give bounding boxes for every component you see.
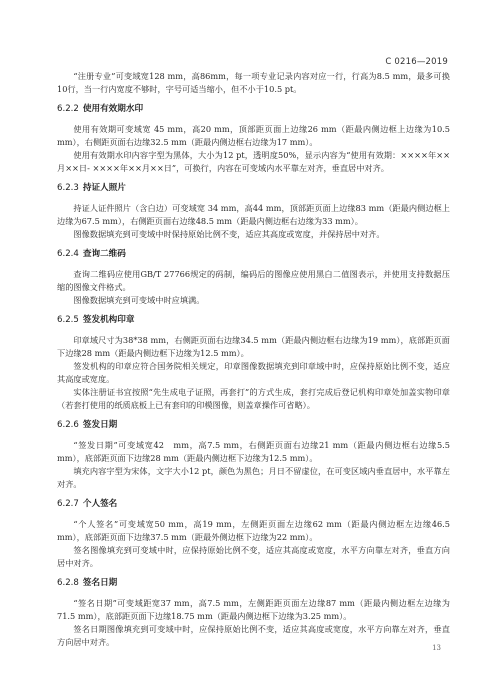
paragraph: 持证人证件照片（含白边）可变域宽 34 mm，高44 mm，顶部距页面上边缘83…	[57, 202, 450, 228]
section-number: 6.2.2	[57, 104, 79, 114]
section-title: 使用有效期水印	[83, 104, 143, 114]
paragraph: 签名图像填充到可变域中时，应保持原始比例不变，适应其高度或宽度，水平方向靠左对齐…	[57, 544, 450, 570]
section-title: 签发机构印章	[83, 315, 135, 325]
section-intro: “注册专业”可变域宽128 mm，高86mm，每一项专业记录内容对应一行，行高为…	[57, 70, 450, 96]
section-number: 6.2.7	[57, 499, 79, 509]
section-heading: 6.2.6签发日期	[57, 419, 450, 432]
page-number: 13	[432, 644, 441, 652]
section-heading: 6.2.8签名日期	[57, 577, 450, 590]
section-heading: 6.2.3持证人照片	[57, 182, 450, 195]
section-6-2-7: 6.2.7个人签名 “个人签名”可变域宽50 mm，高19 mm，左侧距页面左边…	[57, 498, 450, 570]
section-6-2-3: 6.2.3持证人照片 持证人证件照片（含白边）可变域宽 34 mm，高44 mm…	[57, 182, 450, 241]
paragraph: 签名日期图像填充到可变域中时，应保持原始比例不变，适应其高度或宽度，水平方向靠左…	[57, 623, 450, 649]
section-title: 查询二维码	[83, 249, 126, 259]
section-number: 6.2.4	[57, 249, 79, 259]
section-6-2-5: 6.2.5签发机构印章 印章域尺寸为38*38 mm，右侧距页面右边缘34.5 …	[57, 314, 450, 412]
section-number: 6.2.8	[57, 578, 79, 588]
paragraph: “签发日期”可变域宽42 mm，高7.5 mm，右侧距页面右边缘21 mm（距最…	[57, 439, 450, 465]
section-title: 持证人照片	[83, 183, 126, 193]
section-number: 6.2.6	[57, 420, 79, 430]
paragraph: “个人签名”可变域宽50 mm，高19 mm，左侧距页面左边缘62 mm（距最内…	[57, 518, 450, 544]
section-number: 6.2.3	[57, 183, 79, 193]
paragraph: 图像数据填充到可变域中时应填满。	[57, 294, 450, 307]
section-heading: 6.2.7个人签名	[57, 498, 450, 511]
paragraph: 印章域尺寸为38*38 mm，右侧距页面右边缘34.5 mm（距最内侧边框右边缘…	[57, 334, 450, 360]
section-title: 签名日期	[83, 578, 117, 588]
paragraph: 签发机构的印章应符合国务院相关规定，印章图像数据填充到印章域中时，应保持原始比例…	[57, 360, 450, 386]
document-code: C 0216—2019	[385, 57, 448, 67]
paragraph: 填充内容字型为宋体，文字大小12 pt，颜色为黑色；月日不留虚位，在可变区域内垂…	[57, 465, 450, 491]
paragraph: 使用有效期水印内容字型为黑体，大小为12 pt，透明度50%，显示内容为“使用有…	[57, 149, 450, 175]
section-number: 6.2.5	[57, 315, 79, 325]
section-6-2-6: 6.2.6签发日期 “签发日期”可变域宽42 mm，高7.5 mm，右侧距页面右…	[57, 419, 450, 491]
paragraph: 查询二维码应使用GB/T 27766规定的码制，编码后的图像应使用黑白二值图表示…	[57, 268, 450, 294]
section-6-2-2: 6.2.2使用有效期水印 使用有效期可变域宽 45 mm，高20 mm，顶部距页…	[57, 103, 450, 175]
section-6-2-4: 6.2.4查询二维码 查询二维码应使用GB/T 27766规定的码制，编码后的图…	[57, 248, 450, 307]
document-body: “注册专业”可变域宽128 mm，高86mm，每一项专业记录内容对应一行，行高为…	[57, 70, 450, 649]
paragraph: 实体注册证书宜按照“先生成电子证照，再套打”的方式生成，套打完成后登记机构印章处…	[57, 386, 450, 412]
paragraph: 使用有效期可变域宽 45 mm，高20 mm，顶部距页面上边缘26 mm（距最内…	[57, 123, 450, 149]
paragraph: 图像数据填充到可变域中时保持原始比例不变，适应其高度或宽度，并保持居中对齐。	[57, 228, 450, 241]
section-heading: 6.2.5签发机构印章	[57, 314, 450, 327]
section-heading: 6.2.4查询二维码	[57, 248, 450, 261]
section-title: 签发日期	[83, 420, 117, 430]
section-6-2-8: 6.2.8签名日期 “签名日期”可变域距宽37 mm，高7.5 mm，左侧距距页…	[57, 577, 450, 649]
paragraph: “注册专业”可变域宽128 mm，高86mm，每一项专业记录内容对应一行，行高为…	[57, 70, 450, 96]
paragraph: “签名日期”可变域距宽37 mm，高7.5 mm，左侧距距页面左边缘87 mm（…	[57, 597, 450, 623]
section-heading: 6.2.2使用有效期水印	[57, 103, 450, 116]
section-title: 个人签名	[83, 499, 117, 509]
